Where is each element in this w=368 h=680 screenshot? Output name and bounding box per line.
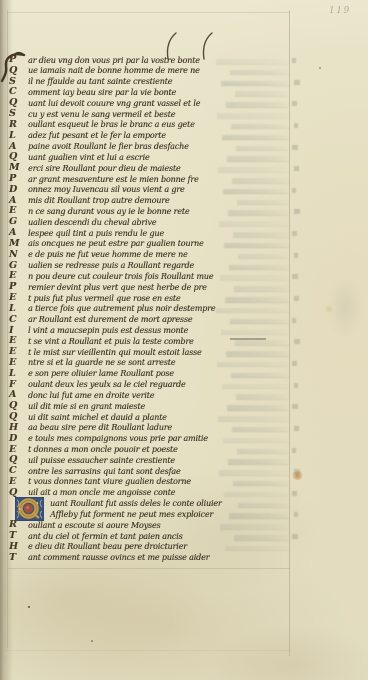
ghost-text-row bbox=[228, 459, 289, 465]
stain-orange bbox=[292, 471, 303, 480]
ghost-text-row bbox=[224, 492, 289, 498]
text-line: uil ait a mon oncle me angoisse conte bbox=[28, 488, 175, 497]
versal-letter: E bbox=[9, 445, 26, 455]
ghost-margin-mark bbox=[294, 296, 299, 301]
text-line: uil puisse essaucher sainte crestiente bbox=[28, 456, 175, 465]
ghost-margin-mark bbox=[294, 80, 300, 85]
ink-speck bbox=[319, 67, 321, 69]
text-line: mis dit Roullant trop autre demoure bbox=[28, 196, 170, 205]
ghost-margin-mark bbox=[294, 166, 299, 171]
ghost-margin-mark bbox=[292, 491, 297, 496]
text-line: e son pere oliuier lame Roullant pose bbox=[28, 369, 174, 378]
text-line: ar Roullant est durement de mort apresse bbox=[28, 315, 192, 324]
text-line: ntre si et la guarde ne se sont arreste bbox=[28, 358, 175, 367]
ghost-text-row bbox=[232, 178, 289, 184]
versal-letter: P bbox=[9, 174, 26, 184]
text-line: ar grant mesaventure est le mien bonne f… bbox=[28, 175, 199, 184]
versal-letter: C bbox=[9, 466, 26, 476]
ghost-text-row bbox=[231, 373, 289, 379]
frame-rule-top bbox=[7, 12, 290, 13]
ghost-text-row bbox=[228, 210, 289, 216]
text-line: ualien descendi du cheval abrive bbox=[28, 218, 156, 227]
versal-letter: H bbox=[9, 423, 26, 433]
ghost-text-row bbox=[220, 524, 289, 530]
text-line: ontre les sarrasins qui tant sont desfae bbox=[28, 467, 181, 476]
text-line: donc lui fut ame en droite verite bbox=[28, 391, 154, 400]
text-line: onnez moy Iuvencau sil vous vient a gre bbox=[28, 185, 185, 194]
text-line: ais oncques ne peut estre par gualien to… bbox=[28, 239, 204, 248]
text-line: Affleby fut forment ne peut mes exploice… bbox=[50, 510, 213, 519]
versal-letter: Q bbox=[9, 455, 26, 465]
ghost-text-row bbox=[223, 189, 289, 195]
frame-rule-right bbox=[289, 10, 290, 656]
text-line: oullant esqueut le bras le branc a eus g… bbox=[28, 120, 195, 129]
ghost-text-row bbox=[234, 286, 289, 292]
cadel-flourishes bbox=[158, 30, 222, 60]
ghost-text-row bbox=[229, 265, 289, 271]
versal-letter: F bbox=[9, 380, 26, 390]
ghost-text-row bbox=[227, 405, 289, 411]
ghost-text-row bbox=[221, 81, 289, 87]
ghost-text-row bbox=[237, 200, 289, 206]
ink-speck bbox=[28, 606, 30, 608]
text-line: t le mist sur vieillentin qui moult esto… bbox=[28, 348, 202, 357]
ghost-text-row bbox=[236, 146, 289, 152]
ghost-text-row bbox=[221, 330, 289, 336]
versal-letter: M bbox=[9, 239, 26, 249]
ghost-margin-mark bbox=[292, 188, 296, 193]
versal-letter: E bbox=[9, 358, 26, 368]
ghost-text-row bbox=[237, 449, 289, 455]
text-line: l vint a maucsepin puis est dessus monte bbox=[28, 326, 188, 335]
text-line: il ne ffaulde au tant sainte crestiente bbox=[28, 77, 172, 86]
versal-letter: E bbox=[9, 336, 26, 346]
text-line: ant du ciel ot fermin et tant paien anci… bbox=[28, 532, 183, 541]
ink-speck bbox=[91, 640, 93, 642]
ghost-text-row bbox=[232, 427, 289, 433]
text-line: uil dit mie si en grant maieste bbox=[28, 402, 145, 411]
versal-letter: A bbox=[9, 228, 26, 238]
ghost-text-row bbox=[222, 384, 289, 390]
text-line: uant lui devoit couure vng grant vassel … bbox=[28, 99, 200, 108]
versal-letter: A bbox=[9, 142, 26, 152]
ghost-text-row bbox=[217, 113, 289, 119]
illuminated-initial bbox=[15, 497, 44, 521]
versal-letter: E bbox=[9, 271, 26, 281]
frame-rule-left bbox=[7, 10, 8, 648]
ghost-text-row bbox=[235, 340, 289, 346]
text-line: e dieu dit Roullant beau pere droicturie… bbox=[28, 542, 187, 551]
ghost-text-row bbox=[220, 275, 289, 281]
ghost-margin-mark bbox=[292, 404, 298, 409]
versal-letter: H bbox=[9, 542, 26, 552]
ghost-margin-mark bbox=[292, 448, 296, 453]
ghost-margin-mark bbox=[294, 383, 298, 388]
ghost-text-row bbox=[223, 438, 289, 444]
versal-letter: Q bbox=[9, 98, 26, 108]
ghost-margin-mark bbox=[294, 512, 298, 517]
text-line: paine avoit Roullant le fier bras desfac… bbox=[28, 142, 189, 151]
versal-letter: Q bbox=[9, 412, 26, 422]
ghost-text-row bbox=[222, 135, 289, 141]
versal-letter: R bbox=[9, 120, 26, 130]
text-line: lespee quil tint a puis rendu le gue bbox=[28, 229, 164, 238]
text-line: uant gualien vint et lui a escrie bbox=[28, 153, 150, 162]
text-line: adez fut pesant et le fer la emporte bbox=[28, 131, 166, 140]
ghost-text-row bbox=[225, 297, 289, 303]
versal-letter: A bbox=[9, 390, 26, 400]
versal-letter: C bbox=[9, 315, 26, 325]
ghost-text-row bbox=[236, 394, 289, 400]
text-line: e touls mes compaignons vous prie par am… bbox=[28, 434, 208, 443]
ghost-margin-mark bbox=[292, 231, 297, 236]
ghost-text-row bbox=[234, 535, 289, 541]
initial-letter-icon bbox=[15, 497, 44, 521]
versal-letter: L bbox=[9, 304, 26, 314]
text-line: ui dit saint michel et dauid a plante bbox=[28, 413, 167, 422]
text-line: t puis fut plus vermeil que rose en este bbox=[28, 294, 180, 303]
versal-letter: Q bbox=[9, 152, 26, 162]
ghost-margin-mark bbox=[294, 123, 298, 128]
ghost-text-row bbox=[217, 362, 289, 368]
versal-letter: P bbox=[9, 282, 26, 292]
ghost-text-row bbox=[225, 546, 289, 552]
versal-letter: D bbox=[9, 434, 26, 444]
ghost-margin-mark bbox=[294, 253, 298, 258]
versal-letter: E bbox=[9, 206, 26, 216]
ghost-margin-mark bbox=[294, 426, 299, 431]
showthrough-dark-line bbox=[230, 338, 266, 340]
ghost-text-row bbox=[219, 221, 289, 227]
versal-letter: A bbox=[9, 196, 26, 206]
folio-number: 119 bbox=[329, 6, 351, 16]
ghost-text-row bbox=[233, 232, 289, 238]
versal-letter: T bbox=[9, 553, 26, 563]
versal-letter: L bbox=[9, 369, 26, 379]
ghost-text-row bbox=[230, 70, 289, 76]
versal-letter: E bbox=[9, 347, 26, 357]
frame-rule-bottom bbox=[7, 568, 290, 569]
ghost-text-row bbox=[227, 156, 289, 162]
text-line: ant comment rausse ovincs et me puisse a… bbox=[28, 553, 209, 562]
ghost-text-row bbox=[216, 308, 289, 314]
text-line: oulant deux les yeulx sa le ciel reguard… bbox=[28, 380, 186, 389]
ghost-text-row bbox=[226, 102, 289, 108]
text-line: ue iamais nait de bonne homme de mere ne bbox=[28, 66, 200, 75]
versal-letter: R bbox=[9, 520, 26, 530]
versal-letter: N bbox=[9, 250, 26, 260]
text-line: remier devint plus vert que nest herbe d… bbox=[28, 283, 207, 292]
versal-letter: S bbox=[9, 109, 26, 119]
ghost-text-row bbox=[218, 167, 289, 173]
text-line: n ce sang durant vous ay ie le bonne ret… bbox=[28, 207, 189, 216]
ghost-text-row bbox=[238, 254, 289, 260]
ghost-text-row bbox=[224, 243, 289, 249]
text-line: n pou deure cut couleur trois fois Roull… bbox=[28, 272, 213, 281]
ghost-text-row bbox=[233, 481, 289, 487]
ghost-text-row bbox=[226, 351, 289, 357]
versal-letter: E bbox=[9, 477, 26, 487]
text-line: a tierce fois que autrement plus noir de… bbox=[28, 304, 215, 313]
ghost-text-row bbox=[216, 59, 289, 65]
frame-rule-bottom-outer bbox=[5, 650, 291, 651]
ghost-text-row bbox=[230, 319, 289, 325]
ghost-margin-mark bbox=[292, 274, 298, 279]
text-line: t se vint a Roullant et puis la teste co… bbox=[28, 337, 194, 346]
versal-letter: I bbox=[9, 326, 26, 336]
ghost-margin-mark bbox=[292, 58, 296, 63]
ghost-text-row bbox=[231, 124, 289, 130]
manuscript-page: 119 Par dieu vng don vous pri par la vos… bbox=[0, 0, 368, 680]
ghost-margin-mark bbox=[294, 339, 300, 344]
ghost-margin-mark bbox=[292, 101, 297, 106]
versal-swash-flourish bbox=[0, 48, 30, 84]
ghost-text-row bbox=[218, 416, 289, 422]
ghost-text-row bbox=[235, 91, 289, 97]
ghost-margin-mark bbox=[294, 209, 300, 214]
text-line: cu y est venu le sang vermeil et beste bbox=[28, 110, 175, 119]
versal-letter: G bbox=[9, 261, 26, 271]
ghost-margin-mark bbox=[292, 145, 298, 150]
ghost-text-row bbox=[229, 513, 289, 519]
ghost-margin-mark bbox=[292, 534, 298, 539]
versal-letter: Q bbox=[9, 401, 26, 411]
text-line: aa beau sire pere dit Roullant ladure bbox=[28, 423, 172, 432]
versal-letter: E bbox=[9, 293, 26, 303]
text-line: t vous donnes tant viure gualien destorn… bbox=[28, 477, 191, 486]
ghost-text-row bbox=[238, 503, 289, 509]
text-line: e de puis ne fut veue homme de mere ne bbox=[28, 250, 188, 259]
ghost-text-row bbox=[219, 470, 289, 476]
versal-letter: G bbox=[9, 217, 26, 227]
ghost-margin-mark bbox=[292, 361, 297, 366]
ghost-margin-mark bbox=[292, 318, 296, 323]
text-line: ualien se redresse puis a Roullant regar… bbox=[28, 261, 194, 270]
text-line: oullant a escoute si aoure Moyses bbox=[28, 521, 160, 530]
stain-gray-smudge bbox=[330, 278, 360, 336]
versal-letter: M bbox=[9, 163, 26, 173]
versal-letter: T bbox=[9, 531, 26, 541]
versal-letter: D bbox=[9, 185, 26, 195]
versal-letter: L bbox=[9, 131, 26, 141]
text-line: erci sire Roullant pour dieu de maieste bbox=[28, 164, 181, 173]
text-line: t donnes a mon oncle pouoir et poeste bbox=[28, 445, 178, 454]
versal-letter: C bbox=[9, 87, 26, 97]
text-line: uant Roullant fut assis deles le conte o… bbox=[50, 499, 222, 508]
text-line: omment iay beau sire par la vie bonte bbox=[28, 88, 176, 97]
